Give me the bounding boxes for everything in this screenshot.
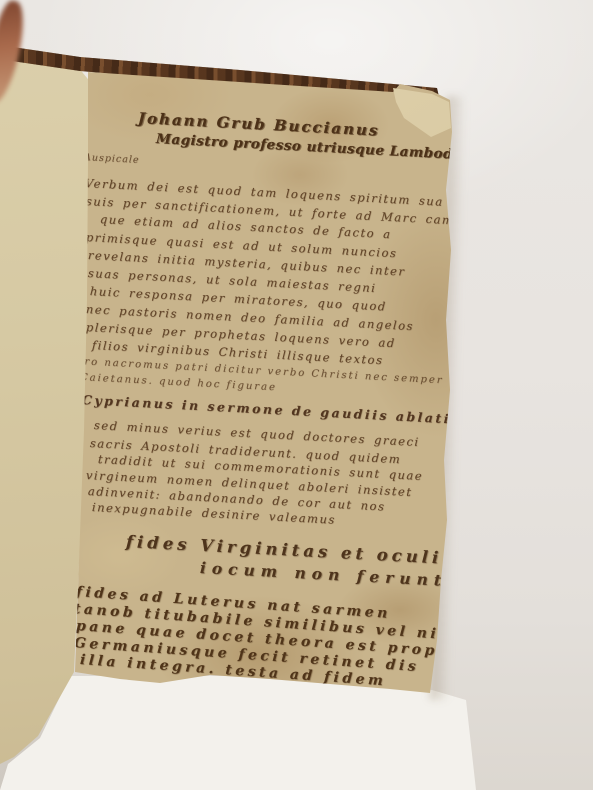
small-annotation: Auspicale <box>84 152 140 166</box>
photo-open-antique-book: Johann Grub Buccianus Magistro professo … <box>0 0 593 790</box>
